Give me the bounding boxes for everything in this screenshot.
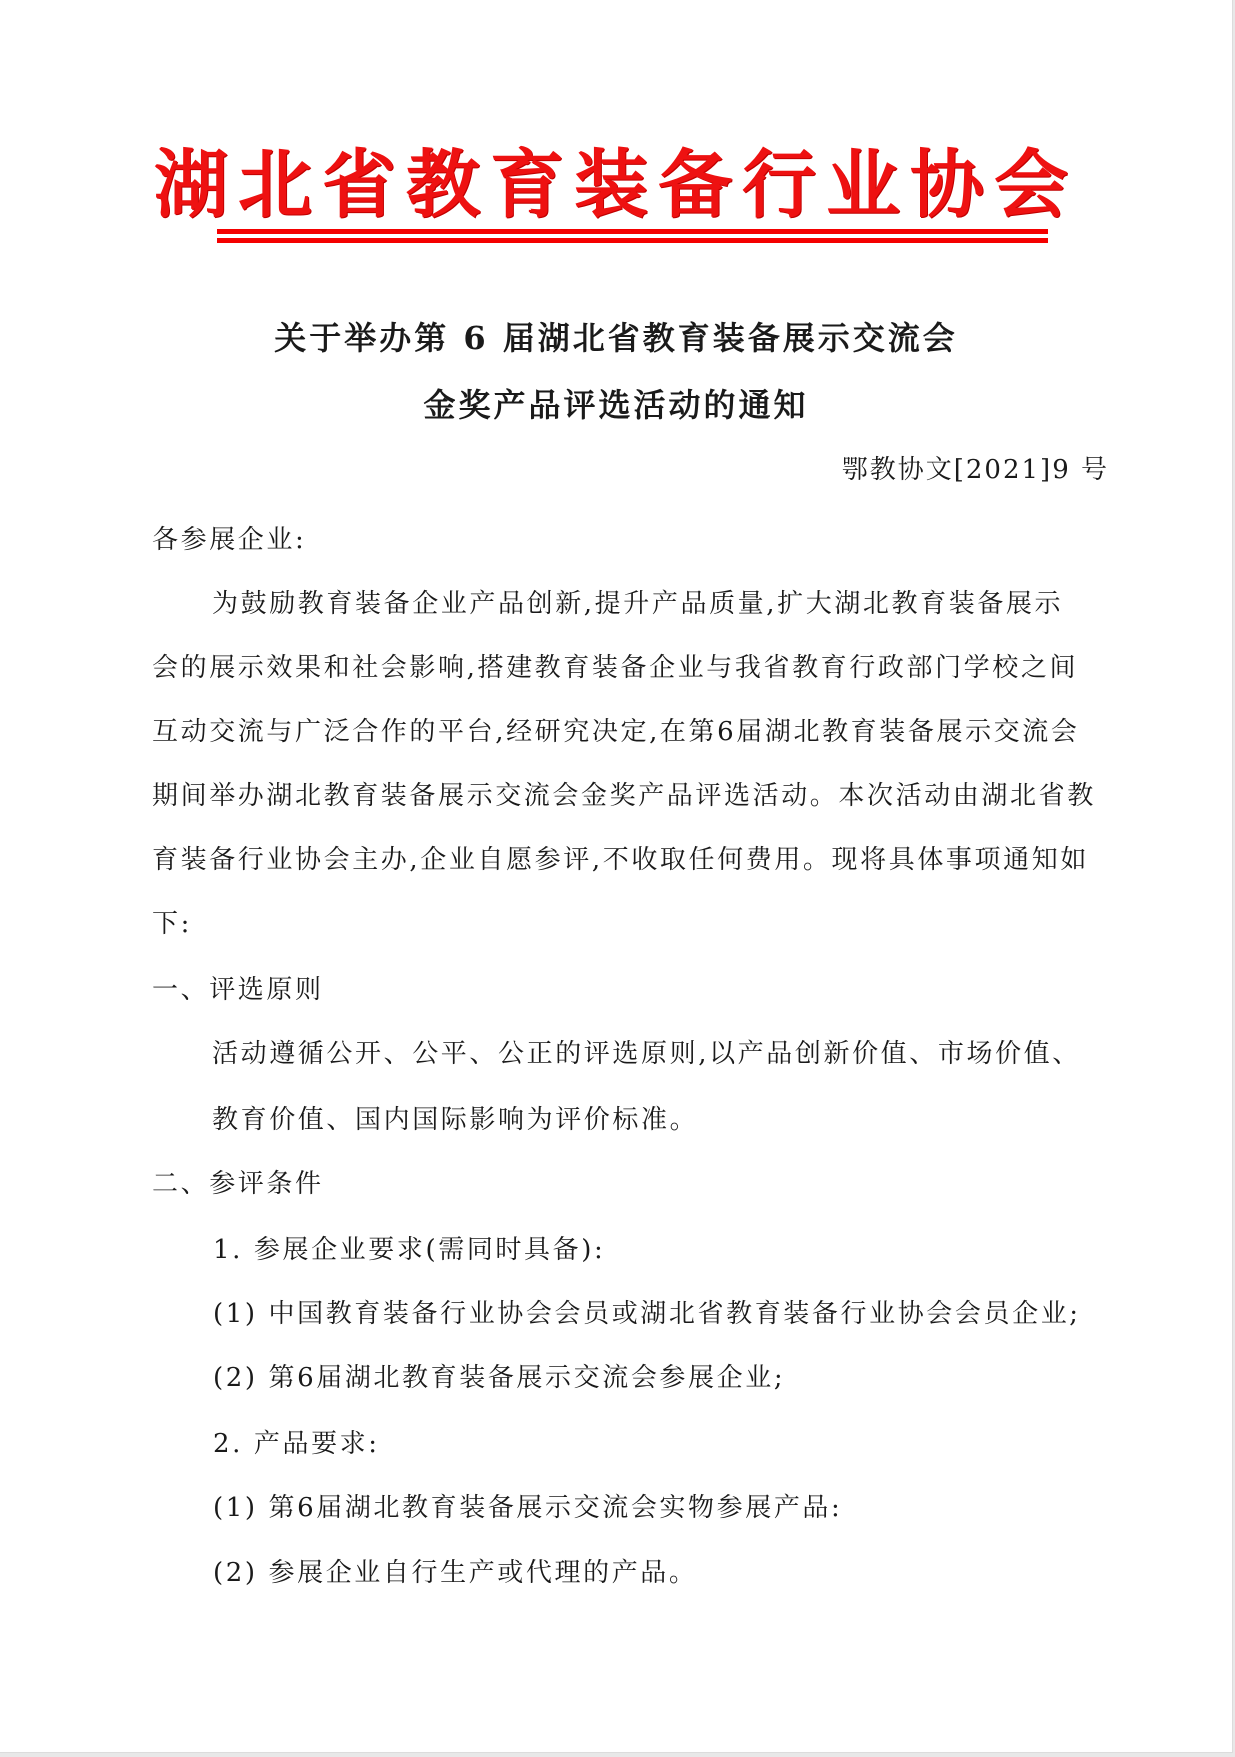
requirement-subitem: (2) 第6届湖北教育装备展示交流会参展企业; — [213, 1365, 785, 1391]
document-page: 湖北省教育装备行业协会 关于举办第 6 届湖北省教育装备展示交流会 金奖产品评选… — [0, 0, 1233, 1753]
requirement-subitem: (1) 第6届湖北教育装备展示交流会实物参展产品: — [213, 1495, 842, 1521]
intro-line: 期间举办湖北教育装备展示交流会金奖产品评选活动。本次活动由湖北省教 — [152, 783, 1096, 809]
document-title-line-2: 金奖产品评选活动的通知 — [0, 389, 1232, 421]
section-heading: 二、参评条件 — [152, 1171, 324, 1197]
requirement-label: 1. 参展企业要求(需同时具备): — [213, 1237, 605, 1263]
section-body-line: 教育价值、国内国际影响为评价标准。 — [212, 1107, 698, 1133]
requirement-label: 2. 产品要求: — [213, 1431, 380, 1457]
intro-line: 育装备行业协会主办,企业自愿参评,不收取任何费用。现将具体事项通知如 — [152, 847, 1089, 873]
intro-line: 为鼓励教育装备企业产品创新,提升产品质量,扩大湖北教育装备展示 — [212, 591, 1063, 617]
intro-line: 下: — [152, 911, 192, 937]
letterhead-rule-top — [217, 229, 1048, 234]
letterhead-org-name: 湖北省教育装备行业协会 — [0, 148, 1232, 222]
document-title-line-1: 关于举办第 6 届湖北省教育装备展示交流会 — [0, 322, 1232, 354]
requirement-subitem: (1) 中国教育装备行业协会会员或湖北省教育装备行业协会会员企业; — [213, 1301, 1081, 1327]
document-number: 鄂教协文[2021]9 号 — [842, 457, 1109, 483]
requirement-subitem: (2) 参展企业自行生产或代理的产品。 — [213, 1560, 698, 1586]
letterhead-rule-bottom — [217, 238, 1048, 243]
section-body-line: 活动遵循公开、公平、公正的评选原则,以产品创新价值、市场价值、 — [212, 1041, 1081, 1067]
intro-line: 会的展示效果和社会影响,搭建教育装备企业与我省教育行政部门学校之间 — [152, 655, 1078, 681]
section-heading: 一、评选原则 — [152, 977, 324, 1003]
salutation: 各参展企业: — [152, 527, 306, 553]
intro-line: 互动交流与广泛合作的平台,经研究决定,在第6届湖北教育装备展示交流会 — [152, 719, 1079, 745]
